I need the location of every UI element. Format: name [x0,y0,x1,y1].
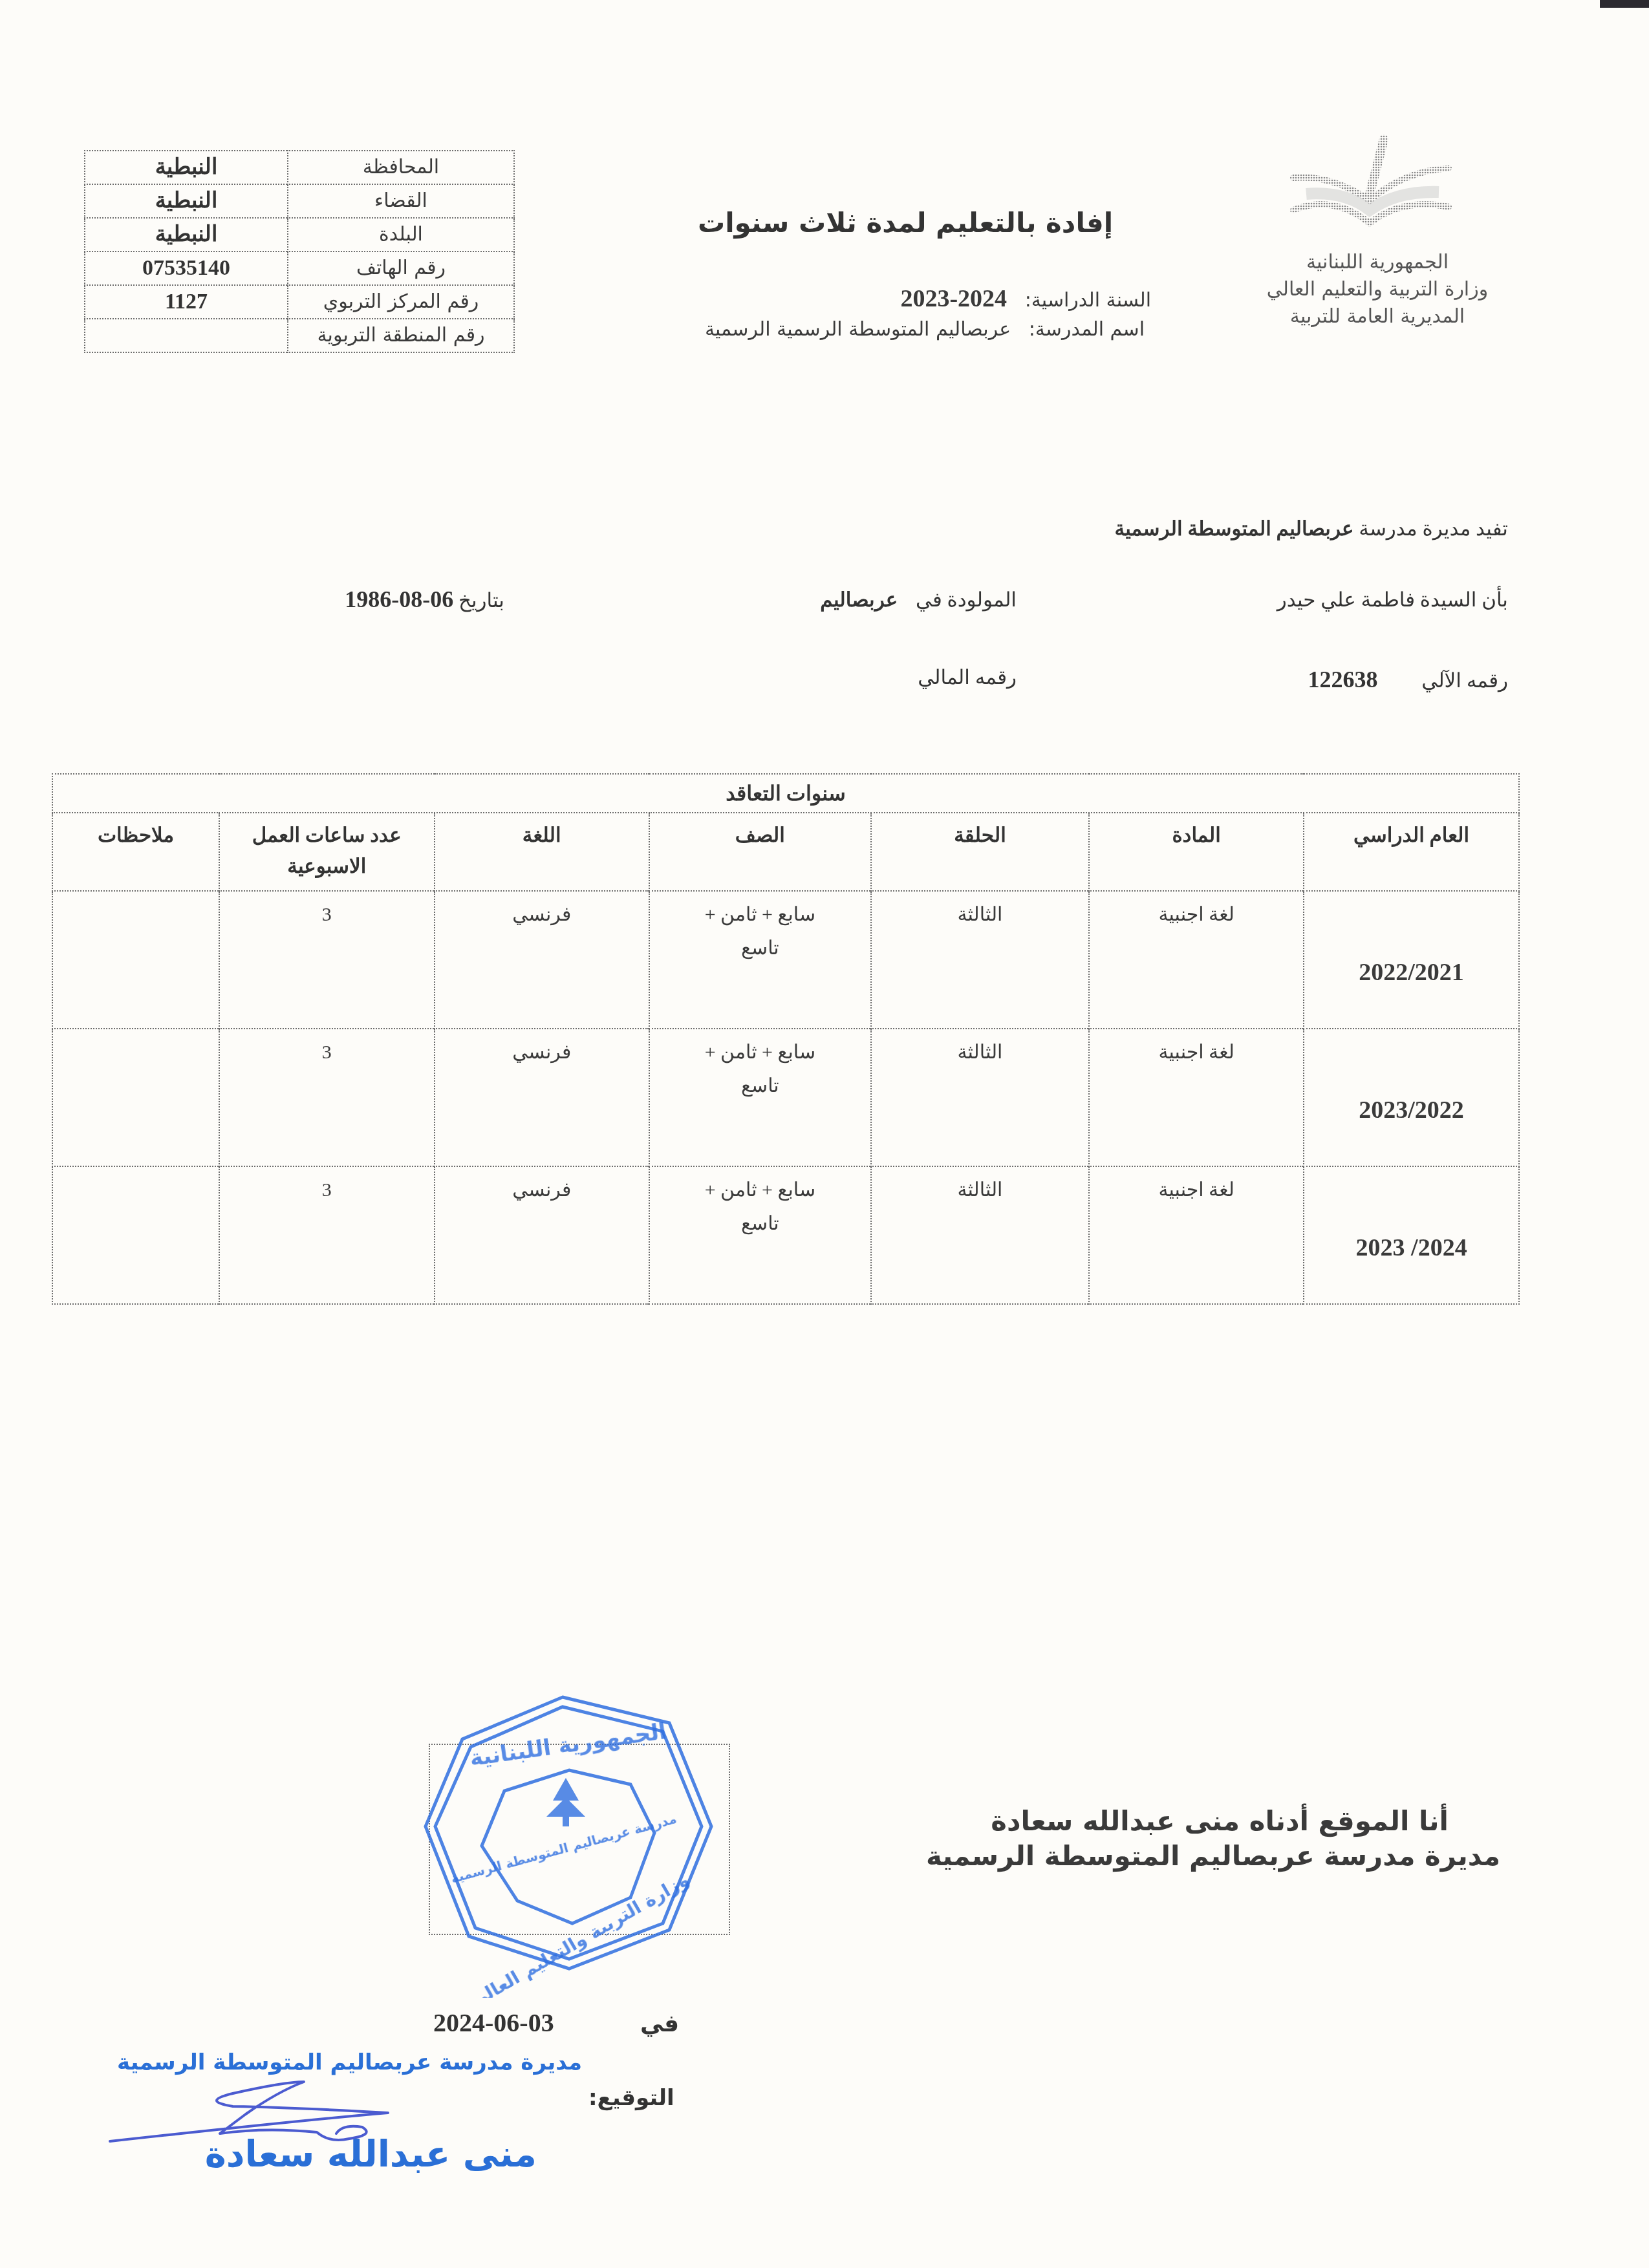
school-year-value: 2024-2023 [900,285,1007,312]
school-year-label: السنة الدراسية: [1025,289,1151,312]
info-value: 07535140 [85,251,288,285]
birthplace-field: المولودة في عربصاليم [820,588,1017,612]
ministry-line-republic: الجمهورية اللبنانية [1235,249,1520,276]
grade-text: سابع + ثامن + تاسع [695,898,824,965]
document-title: إفادة بالتعليم لمدة ثلاث سنوات [673,207,1138,239]
birthplace-label: المولودة في [916,588,1017,611]
cell-grade: سابع + ثامن + تاسع [649,891,871,1029]
contract-years-table: سنوات التعاقد العام الدراسي المادة الحلق… [52,773,1520,1305]
info-label: البلدة [288,218,514,251]
ministry-line-ministry: وزارة التربية والتعليم العالي [1235,276,1520,303]
info-row-region-number: رقم المنطقة التربوية [85,319,514,352]
info-row-phone: رقم الهاتف 07535140 [85,251,514,285]
date-label: في [640,2011,679,2037]
intro-prefix: تفيد مديرة مدرسة [1359,517,1508,540]
cell-hours: 3 [219,891,435,1029]
scan-edge-mark [1600,0,1649,8]
cell-notes [52,891,219,1029]
signature-label: التوقيع: [588,2085,674,2111]
date-value: 2024-06-03 [433,2007,554,2038]
school-name-value: عربصاليم المتوسطة الرسمية الرسمية [705,318,1011,341]
official-stamp-icon: الجمهورية اللبنانية وزارة التربية والتعل… [414,1674,750,1998]
cell-year: 2022/2021 [1304,891,1519,1029]
cell-language: فرنسي [435,1029,649,1166]
teacher-name-field: بأن السيدة فاطمة علي حيدر [1277,588,1508,612]
column-header-subject: المادة [1089,813,1304,891]
info-label: المحافظة [288,151,514,184]
info-row-town: البلدة النبطية [85,218,514,251]
table-caption: سنوات التعاقد [52,774,1519,813]
birthdate-field: بتاريخ 06-08-1986 [345,586,504,613]
teacher-prefix: بأن السيدة [1420,588,1508,611]
school-name-line: اسم المدرسة: عربصاليم المتوسطة الرسمية ا… [647,318,1145,341]
handwritten-director-name: منى عبدالله سعادة [175,2134,537,2176]
financial-number-field: رقمه المالي [918,666,1017,689]
cell-language: فرنسي [435,1166,649,1304]
table-row: 2023/2022 لغة اجنبية الثالثة سابع + ثامن… [52,1029,1519,1166]
info-label: رقم الهاتف [288,251,514,285]
cell-hours: 3 [219,1029,435,1166]
cell-cycle: الثالثة [871,1029,1089,1166]
cell-notes [52,1029,219,1166]
info-row-district: القضاء النبطية [85,184,514,218]
intro-school-name: عربصاليم المتوسطة الرسمية [1115,517,1354,540]
cell-year: 2023/2022 [1304,1029,1519,1166]
svg-text:الجمهورية اللبنانية: الجمهورية اللبنانية [468,1718,668,1771]
auto-number-label: رقمه الآلي [1421,669,1508,692]
school-year-line: السنة الدراسية: 2024-2023 [698,284,1151,313]
cell-notes [52,1166,219,1304]
column-header-grade: الصف [649,813,871,891]
ministry-line-directorate: المديرية العامة للتربية [1235,303,1520,330]
grade-text: سابع + ثامن + تاسع [695,1173,824,1241]
info-row-governorate: المحافظة النبطية [85,151,514,184]
cell-subject: لغة اجنبية [1089,891,1304,1029]
cell-grade: سابع + ثامن + تاسع [649,1029,871,1166]
teacher-name: فاطمة علي حيدر [1277,588,1415,611]
column-header-cycle: الحلقة [871,813,1089,891]
director-statement-line2: مديرة مدرسة عربصاليم المتوسطة الرسمية [841,1839,1500,1874]
info-value: 1127 [85,285,288,319]
column-header-notes: ملاحظات [52,813,219,891]
info-value: النبطية [85,151,288,184]
info-label: رقم المنطقة التربوية [288,319,514,352]
table-header-row: العام الدراسي المادة الحلقة الصف اللغة ع… [52,813,1519,891]
info-row-center-number: رقم المركز التربوي 1127 [85,285,514,319]
info-label: القضاء [288,184,514,218]
director-statement-line1: أنا الموقع أدناه منى عبدالله سعادة [841,1804,1500,1839]
school-name-label: اسم المدرسة: [1029,318,1145,341]
table-row: 2024/ 2023 لغة اجنبية الثالثة سابع + ثام… [52,1166,1519,1304]
cell-cycle: الثالثة [871,1166,1089,1304]
cell-subject: لغة اجنبية [1089,1029,1304,1166]
info-value: النبطية [85,184,288,218]
auto-number-value: 122638 [1308,667,1378,692]
cell-year: 2024/ 2023 [1304,1166,1519,1304]
cell-hours: 3 [219,1166,435,1304]
grade-text: سابع + ثامن + تاسع [695,1036,824,1103]
birthdate-label: بتاريخ [458,589,504,612]
auto-number-field: رقمه الآلي 122638 [1308,666,1508,693]
cell-language: فرنسي [435,891,649,1029]
ministry-header: الجمهورية اللبنانية وزارة التربية والتعل… [1235,249,1520,330]
open-book-icon [1287,133,1455,236]
cell-grade: سابع + ثامن + تاسع [649,1166,871,1304]
column-header-language: اللغة [435,813,649,891]
column-header-weekly-hours: عدد ساعات العمل الاسبوعية [219,813,435,891]
cell-cycle: الثالثة [871,891,1089,1029]
cell-subject: لغة اجنبية [1089,1166,1304,1304]
info-value [85,319,288,352]
birthdate-value: 06-08-1986 [345,586,453,612]
column-header-year: العام الدراسي [1304,813,1519,891]
info-value: النبطية [85,218,288,251]
school-info-table: المحافظة النبطية القضاء النبطية البلدة ا… [84,150,515,353]
birthplace-value: عربصاليم [820,588,898,611]
info-label: رقم المركز التربوي [288,285,514,319]
director-statement: أنا الموقع أدناه منى عبدالله سعادة مديرة… [841,1804,1500,1874]
financial-number-label: رقمه المالي [918,666,1017,689]
intro-line: تفيد مديرة مدرسة عربصاليم المتوسطة الرسم… [1115,517,1508,540]
table-row: 2022/2021 لغة اجنبية الثالثة سابع + ثامن… [52,891,1519,1029]
